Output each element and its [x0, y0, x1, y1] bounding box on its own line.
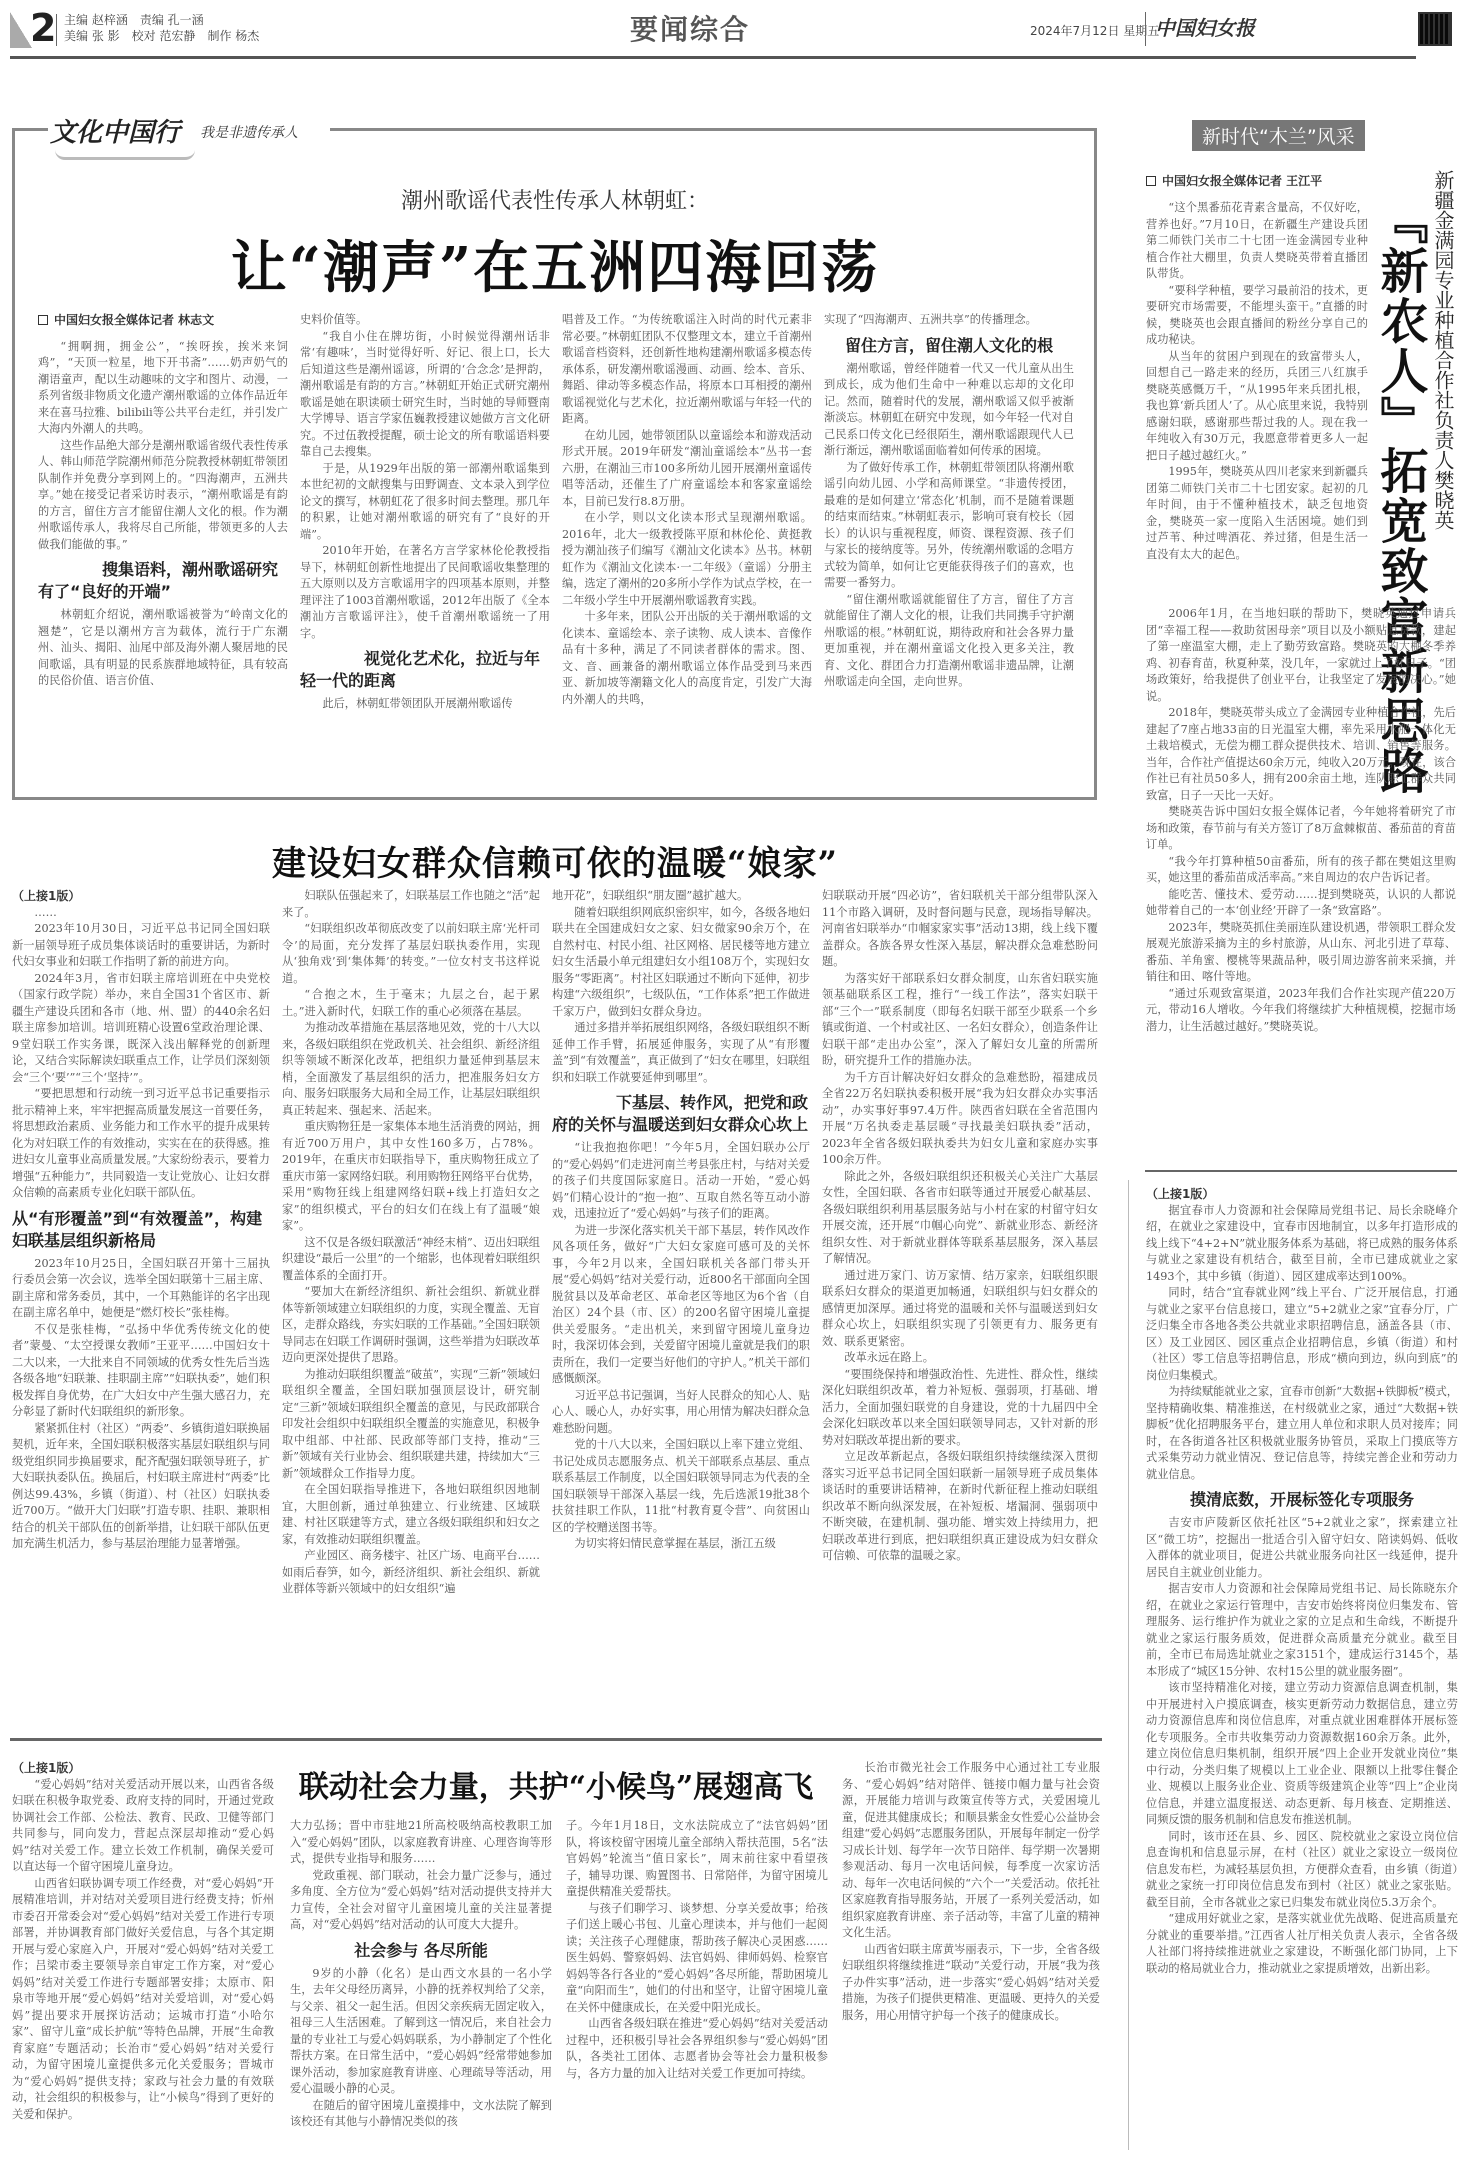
paragraph: 据宜春市人力资源和社会保障局党组书记、局长余晓峰介绍，在就业之家建设中，宜春市因…: [1146, 1203, 1458, 1286]
credit-producer: 制作 杨杰: [207, 29, 259, 43]
paragraph: 妇联队伍强起来了，妇联基层工作也随之“活”起来了。: [282, 888, 540, 921]
paragraph: 林朝虹介绍说，潮州歌谣被誉为“岭南文化的翘楚”，它是以潮州方言为载体，流行于广东…: [38, 607, 288, 690]
paragraph: 子。今年1月18日，文水法院成立了“法官妈妈”团队，将该校留守困境儿童全部纳入帮…: [566, 1818, 828, 1901]
paragraph: 2023年10月25日，全国妇联召开第十三届执行委员会第一次会议，选举全国妇联第…: [12, 1256, 270, 1322]
frame-top-right: [330, 128, 1097, 131]
credit-proofreader: 校对 范宏静: [132, 29, 196, 43]
paragraph: 紧紧抓住村（社区）“两委”、乡镇街道妇联换届契机，近年来，全国妇联积极落实基层妇…: [12, 1421, 270, 1553]
continued-from-label: （上接1版）: [12, 1760, 274, 1777]
paragraph: 从当年的贫困户到现在的致富带头人，回想自己一路走来的经历，兵团三八红旗手樊晓英感…: [1146, 349, 1368, 465]
paragraph: 不仅是张桂梅，“弘扬中华优秀传统文化的使者”蒙曼、“太空授课女教师”王亚平……中…: [12, 1322, 270, 1421]
paragraph: 山西省妇联主席黄岑丽表示，下一步，全省各级妇联组织将继续推进“联动”关爱行动，开…: [842, 1942, 1100, 2025]
column-logo: 文化中国行: [50, 112, 180, 149]
paragraph: 通过多措并举拓展组织网络，各级妇联组织不断延伸工作手臂，拓展延伸服务，实现了从“…: [552, 1020, 810, 1086]
subheading: 留住方言，留住潮人文化的根: [824, 335, 1074, 357]
paragraph: “让我抱抱你吧！”今年5月，全国妇联办公厅的“爱心妈妈”们走进河南兰考县张庄村，…: [552, 1140, 810, 1223]
article-column-4: 实现了“四海潮声、五洲共享”的传播理念。 留住方言，留住潮人文化的根 潮州歌谣，…: [824, 312, 1074, 782]
paragraph: 立足改革新起点，各级妇联组织持续继续深入贯彻落实习近平总书记同全国妇联新一届领导…: [822, 1449, 1098, 1565]
paragraph: 改革永远在路上。: [822, 1350, 1098, 1367]
employment-article: （上接1版） 据宜春市人力资源和社会保障局党组书记、局长余晓峰介绍，在就业之家建…: [1146, 1186, 1458, 2146]
square-bullet-icon: [1146, 176, 1156, 186]
paragraph: 为切实将妇情民意掌握在基层，浙江五级: [552, 1536, 810, 1553]
paragraph: 能吃苦、懂技术、爱劳动……提到樊晓英，认识的人都说她带着自己的一本‘创业经’开辟…: [1146, 887, 1456, 920]
subheading: 从“有形覆盖”到“有效覆盖”，构建妇联基层组织新格局: [12, 1208, 270, 1252]
byline-text: 中国妇女报全媒体记者 王江平: [1162, 174, 1322, 188]
paragraph: 在幼儿园，她带领团队以童谣绘本和游戏活动形式开展。2019年研发“潮汕童谣绘本”…: [562, 428, 812, 511]
federation-column-3: 地开花”，妇联组织“朋友圈”越扩越大。 随着妇联组织网底织密织牢，如今，各级各地…: [552, 888, 810, 1720]
paragraph: 吉安市庐陵新区依托社区“5+2就业之家”，探索建立社区“微工坊”，挖掘出一批适合…: [1146, 1515, 1458, 1581]
subheading: 摸清底数，开展标签化专项服务: [1146, 1489, 1458, 1511]
paragraph: 同时，该市还在县、乡、园区、院校就业之家设立岗位信息查询机和信息显示屏，在村（社…: [1146, 1829, 1458, 1912]
paragraph: “通过乐观致富渠道，2023年我们合作社实现产值220万元，带动16人增收。今年…: [1146, 986, 1456, 1036]
paragraph: “妇联组织改革彻底改变了以前妇联主席‘光杆司令’的局面，充分发挥了基层妇联执委作…: [282, 921, 540, 987]
paragraph: 十多年来，团队公开出版的关于潮州歌谣的文化读本、童谣绘本、亲子读物、成人读本、音…: [562, 609, 812, 708]
paragraph: “合抱之木，生于毫末；九层之台，起于累土。”进入新时代，妇联工作的重心必须落在基…: [282, 987, 540, 1020]
column-divider: [1128, 1180, 1129, 2150]
paragraph: “要围绕保持和增强政治性、先进性、群众性，继续深化妇联组织改革，着力补短板、强弱…: [822, 1367, 1098, 1450]
credit-editor: 责编 孔一涵: [140, 13, 204, 27]
credit-chief-editor: 主编 赵梓涵: [64, 13, 128, 27]
paragraph: 为推动妇联组织覆盖“破茧”，实现“三新”领域妇联组织全覆盖，全国妇联加强顶层设计…: [282, 1367, 540, 1483]
paragraph: 为了做好传承工作，林朝虹带领团队将潮州歌谣引向幼儿园、小学和高师课堂。“非遗传授…: [824, 460, 1074, 592]
credit-art-editor: 美编 张 影: [64, 29, 120, 43]
paragraph: 这不仅是各级妇联激活“神经末梢”、迈出妇联组织建设“最后一公里”的一个缩影，也体…: [282, 1235, 540, 1285]
newspaper-logo: 中国妇女报: [1155, 12, 1255, 41]
paragraph: 9岁的小静（化名）是山西文水县的一名小学生，去年父母经历离异，小静的抚养权判给了…: [290, 1966, 552, 2098]
subheading: 搜集语料，潮州歌谣研究有了“良好的开端”: [38, 559, 288, 603]
paragraph: 2023年，樊晓英抓住美丽连队建设机遇，带领职工群众发展观光旅游采摘为主的乡村旅…: [1146, 920, 1456, 986]
page-corner-triangle-icon: [10, 12, 32, 48]
cloud-wave-icon: [55, 150, 195, 160]
paragraph: 习近平总书记强调，当好人民群众的知心人、贴心人、暖心人，办好实事，用心用情为解决…: [552, 1388, 810, 1438]
paragraph: “这个黑番茄花青素含量高，不仅好吃，营养也好。”7月10日，在新疆生产建设兵团第…: [1146, 200, 1368, 283]
paragraph: 除此之外，各级妇联组织还积极关心关注广大基层女性，全国妇联、各省市妇联等通过开展…: [822, 1169, 1098, 1268]
paragraph: 山西省妇联协调专项工作经费，对“爱心妈妈”开展精准培训，并对结对关爱项目进行经费…: [12, 1876, 274, 2124]
vertical-subheadline: 新疆金满园专业种植合作社负责人樊晓英: [1430, 170, 1454, 530]
paragraph: 这些作品绝大部分是潮州歌谣省级代表性传承人、韩山师范学院潮州师范分院教授林朝虹带…: [38, 438, 288, 554]
subheading: 下基层、转作风，把党和政府的关怀与温暖送到妇女群众心坎上: [552, 1092, 810, 1136]
federation-column-2: 妇联队伍强起来了，妇联基层工作也随之“活”起来了。 “妇联组织改革彻底改变了以前…: [282, 888, 540, 1720]
paragraph: 于是，从1929年出版的第一部潮州歌谣集到本世纪初的文献搜集与田野调查、文本录入…: [300, 461, 550, 544]
subheading: 社会参与 各尽所能: [290, 1940, 552, 1962]
masthead-divider: [1145, 12, 1146, 46]
paragraph: 妇联联动开展“四必访”，省妇联机关干部分组带队深入11个市路入调研，及时督问题与…: [822, 888, 1098, 971]
masthead-divider: [56, 14, 57, 46]
sidebar-rule: [1145, 1170, 1457, 1172]
article-column-2: 史料价值等。 “我自小住在牌坊街，小时候觉得潮州话非常‘有趣味’，当时觉得好听、…: [300, 312, 550, 782]
subheading: 视觉化艺术化，拉近与年轻一代的距离: [300, 648, 550, 692]
column-logo-subtitle: 我是非遗传承人: [200, 122, 298, 142]
paragraph: 地开花”，妇联组织“朋友圈”越扩越大。: [552, 888, 810, 905]
paragraph: 1995年，樊晓英从四川老家来到新疆兵团第二师铁门关市二十七团安家。起初的几年时…: [1146, 464, 1368, 563]
paragraph: 为落实好干部联系妇女群众制度，山东省妇联实施领基础联系区工程，推行“一线工作法”…: [822, 971, 1098, 1070]
editor-credits: 主编 赵梓涵责编 孔一涵 美编 张 影校对 范宏静制作 杨杰: [64, 12, 271, 44]
byline-text: 中国妇女报全媒体记者 林志文: [54, 313, 214, 327]
paragraph: 此后，林朝虹带领团队开展潮州歌谣传: [300, 696, 550, 713]
article-column-3: 唱普及工作。“为传统歌谣注入时尚的时代元素非常必要。”林朝虹团队不仅整理文本，建…: [562, 312, 812, 782]
paragraph: 在全国妇联指导推进下，各地妇联组织因地制宜，大胆创新，通过单独建立、行业统建、区…: [282, 1482, 540, 1548]
paragraph: 在小学，则以文化读本形式呈现潮州歌谣。2016年，北大一级教授陈平原和林伦伦、黄…: [562, 510, 812, 609]
paragraph: 大力弘扬；晋中市驻地21所高校吸纳高校教职工加入“爱心妈妈”团队，以家庭教育讲座…: [290, 1818, 552, 1868]
paragraph: 为推动改革措施在基层落地见效，党的十八大以来，各级妇联组织在党政机关、社会组织、…: [282, 1020, 540, 1119]
paragraph: “建成用好就业之家，是落实就业优先战略、促进高质量充分就业的重要举措。”江西省人…: [1146, 1911, 1458, 1977]
paragraph: 唱普及工作。“为传统歌谣注入时尚的时代元素非常必要。”林朝虹团队不仅整理文本，建…: [562, 312, 812, 428]
paragraph: 2024年3月，省市妇联主席培训班在中央党校（国家行政学院）举办，来自全国31个…: [12, 971, 270, 1087]
paragraph: 2023年10月30日，习近平总书记同全国妇联新一届领导班子成员集体谈话时的重要…: [12, 921, 270, 971]
paragraph: “我自小住在牌坊街，小时候觉得潮州话非常‘有趣味’，当时觉得好听、好记、很上口，…: [300, 329, 550, 461]
square-bullet-icon: [38, 315, 48, 325]
paragraph: 通过进万家门、访万家情、结万家亲，妇联组织眼联系妇女群众的渠道更加畅通，妇联组织…: [822, 1268, 1098, 1351]
paragraph: “要科学种植，要学习最前沿的技术，更要研究市场需要，不能埋头蛮干。”直播的时候，…: [1146, 283, 1368, 349]
paragraph: 潮州歌谣，曾经伴随着一代又一代儿童从出生到成长，成为他们生命中一种难以忘却的文化…: [824, 361, 1074, 460]
paragraph: “要把思想和行动统一到习近平总书记重要指示批示精神上来，牢牢把握高质量发展这一首…: [12, 1086, 270, 1202]
migrant-column-2: 大力弘扬；晋中市驻地21所高校吸纳高校教职工加入“爱心妈妈”团队，以家庭教育讲座…: [290, 1818, 552, 2155]
paragraph: 为进一步深化落实机关干部下基层，转作风改作风各项任务，做好“广大妇女家庭可感可及…: [552, 1223, 810, 1388]
article-kicker: 潮州歌谣代表性传承人林朝虹：: [0, 184, 1110, 215]
byline: 中国妇女报全媒体记者 林志文: [38, 312, 288, 329]
paragraph: 长治市微光社会工作服务中心通过社工专业服务、“爱心妈妈”结对陪伴、链接巾帼力量与…: [842, 1760, 1100, 1942]
column-tag: 新时代“木兰”风采: [1192, 120, 1365, 151]
masthead: 2 主编 赵梓涵责编 孔一涵 美编 张 影校对 范宏静制作 杨杰 要闻综合 20…: [0, 0, 1472, 58]
continued-from-label: （上接1版）: [12, 888, 270, 905]
paragraph: “要加大在新经济组织、新社会组织、新就业群体等新领域建立妇联组织的力度，实现全覆…: [282, 1284, 540, 1367]
paragraph: 产业园区、商务楼宇、社区广场、电商平台……如雨后春笋，如今，新经济组织、新社会组…: [282, 1548, 540, 1598]
federation-column-1: （上接1版） …… 2023年10月30日，习近平总书记同全国妇联新一届领导班子…: [12, 888, 270, 1720]
paragraph: 同时，结合“宜春就业网”线上平台、广泛开展信息，打通与就业之家平台信息接口，建立…: [1146, 1285, 1458, 1384]
article-headline: 建设妇女群众信赖可依的温暖“娘家”: [0, 836, 1110, 885]
page-number: 2: [30, 6, 56, 50]
paragraph: 2006年1月，在当地妇联的帮助下，樊晓英通过申请兵团“幸福工程——救助贫困母亲…: [1146, 606, 1456, 705]
article-headline: 让“潮声”在五洲四海回荡: [0, 224, 1110, 304]
paragraph: 山西省各级妇联在推进“爱心妈妈”结对关爱活动过程中，还积极引导社会各界组织参与“…: [566, 2016, 828, 2082]
paragraph: 据吉安市人力资源和社会保障局党组书记、局长陈晓东介绍，在就业之家运行管理中，吉安…: [1146, 1581, 1458, 1680]
paragraph: 樊晓英告诉中国妇女报全媒体记者，今年她将着研究了市场和政策，春节前与有关方签订了…: [1146, 804, 1456, 854]
continued-from-label: （上接1版）: [1146, 1186, 1458, 1203]
paragraph: 党政重视、部门联动，社会力量广泛参与，通过多角度、全方位为“爱心妈妈”结对活动提…: [290, 1868, 552, 1934]
paragraph: 实现了“四海潮声、五洲共享”的传播理念。: [824, 312, 1074, 329]
section-title: 要闻综合: [630, 8, 750, 48]
article-headline: 联动社会力量，共护“小候鸟”展翅高飞: [296, 1762, 816, 1806]
paragraph: 为持续赋能就业之家，宜春市创新“大数据+铁脚板”模式，坚持精确收集、精准推送，在…: [1146, 1384, 1458, 1483]
paragraph: 该市坚持精准化对接，建立劳动力资源信息调查机制，集中开展进村入户摸底调查，核实更…: [1146, 1680, 1458, 1829]
paragraph: 随着妇联组织网底织密织牢，如今，各级各地妇联共在全国建成妇女之家、妇女微家90余…: [552, 905, 810, 1021]
sidebar-column-top: “这个黑番茄花青素含量高，不仅好吃，营养也好。”7月10日，在新疆生产建设兵团第…: [1146, 200, 1368, 600]
section-rule: [10, 1738, 1102, 1741]
paragraph: 史料价值等。: [300, 312, 550, 329]
masthead-rule: [10, 56, 1416, 59]
issue-date: 2024年7月12日 星期五: [1030, 22, 1159, 39]
qr-code-icon[interactable]: [1418, 12, 1452, 46]
paragraph: 2010年开始，在著名方言学家林伦伦教授指导下，林朝虹创新性地提出了民间歌谣收集…: [300, 543, 550, 642]
paragraph: “留住潮州歌谣就能留住了方言，留住了方言就能留住了潮人文化的根，让我们共同携手守…: [824, 592, 1074, 691]
migrant-column-3: 子。今年1月18日，文水法院成立了“法官妈妈”团队，将该校留守困境儿童全部纳入帮…: [566, 1818, 828, 2155]
paragraph: 为千方百计解决好妇女群众的急难愁盼，福建成员全省22万名妇联执委积极开展“我为妇…: [822, 1070, 1098, 1169]
migrant-column-4: 长治市微光社会工作服务中心通过社工专业服务、“爱心妈妈”结对陪伴、链接巾帼力量与…: [842, 1760, 1100, 2155]
frame-top-left: [12, 128, 48, 131]
federation-column-4: 妇联联动开展“四必访”，省妇联机关干部分组带队深入11个市路入调研，及时督问题与…: [822, 888, 1098, 1720]
paragraph: 党的十八大以来，全国妇联以上率下建立党组、书记处成员志愿服务点、机关干部联系点基…: [552, 1437, 810, 1536]
article-column-1: 中国妇女报全媒体记者 林志文 “拥啊拥，拥金公”，“挨呀挨，挨米来饲鸡”，“天顶…: [38, 312, 288, 782]
paragraph: 与孩子们聊学习、谈梦想、分享关爱故事；给孩子们送上暖心书包、儿童心理读本，并与他…: [566, 1901, 828, 2017]
paragraph: 重庆购物狂是一家集体本地生活消费的网站，拥有近700万用户，其中女性160多万，…: [282, 1119, 540, 1235]
paragraph: 在随后的留守困境儿童摸排中，文水法院了解到该校还有其他与小静情况类似的孩: [290, 2098, 552, 2131]
migrant-column-1: （上接1版） “爱心妈妈”结对关爱活动开展以来，山西省各级妇联在积极争取党委、政…: [12, 1760, 274, 2155]
paragraph: “拥啊拥，拥金公”，“挨呀挨，挨米来饲鸡”，“天顶一粒星，地下开书斋”……奶声奶…: [38, 339, 288, 438]
paragraph: “爱心妈妈”结对关爱活动开展以来，山西省各级妇联在积极争取党委、政府支持的同时，…: [12, 1777, 274, 1876]
ellipsis: ……: [12, 905, 270, 922]
paragraph: 2018年，樊晓英带头成立了金满园专业种植合作社，先后建起了7座占地33亩的日光…: [1146, 705, 1456, 804]
paragraph: “我今年打算种植50亩番茄，所有的孩子都在樊姐这里购买，她这里的番茄苗成活率高。…: [1146, 854, 1456, 887]
sidebar-column-bottom: 2006年1月，在当地妇联的帮助下，樊晓英通过申请兵团“幸福工程——救助贫困母亲…: [1146, 606, 1456, 1158]
byline: 中国妇女报全媒体记者 王江平: [1146, 172, 1322, 189]
